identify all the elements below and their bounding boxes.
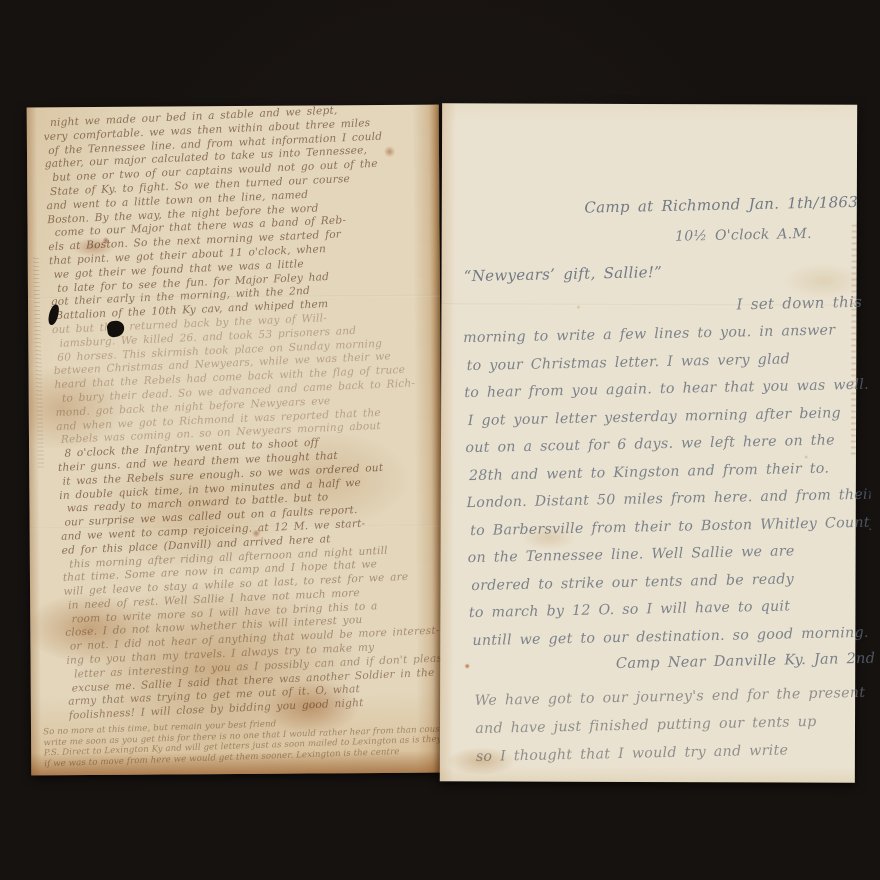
- letter-dateline-1: Camp at Richmond Jan. 1th/1863: [584, 193, 858, 217]
- letter-body-jan1: morning to write a few lines to you. in …: [463, 317, 874, 655]
- torn-edge: [851, 225, 857, 455]
- letter-salutation: “Newyears’ gift, Sallie!”: [464, 263, 663, 285]
- left-page-text: night we made our bed in a stable and we…: [43, 100, 463, 724]
- margin-cross-writing: [33, 257, 44, 467]
- letter-page-right: Camp at Richmond Jan. 1th/1863 10½ O'clo…: [440, 103, 857, 782]
- letter-page-left: night we made our bed in a stable and we…: [27, 105, 444, 776]
- letter-opening-line: I set down this: [736, 293, 862, 314]
- letter-timeline: 10½ O'clock A.M.: [675, 226, 812, 245]
- letter-dateline-2: Camp Near Danville Ky. Jan 2nd 1863: [616, 650, 880, 672]
- letter-body-jan2: We have got to our journey's end for the…: [474, 679, 876, 771]
